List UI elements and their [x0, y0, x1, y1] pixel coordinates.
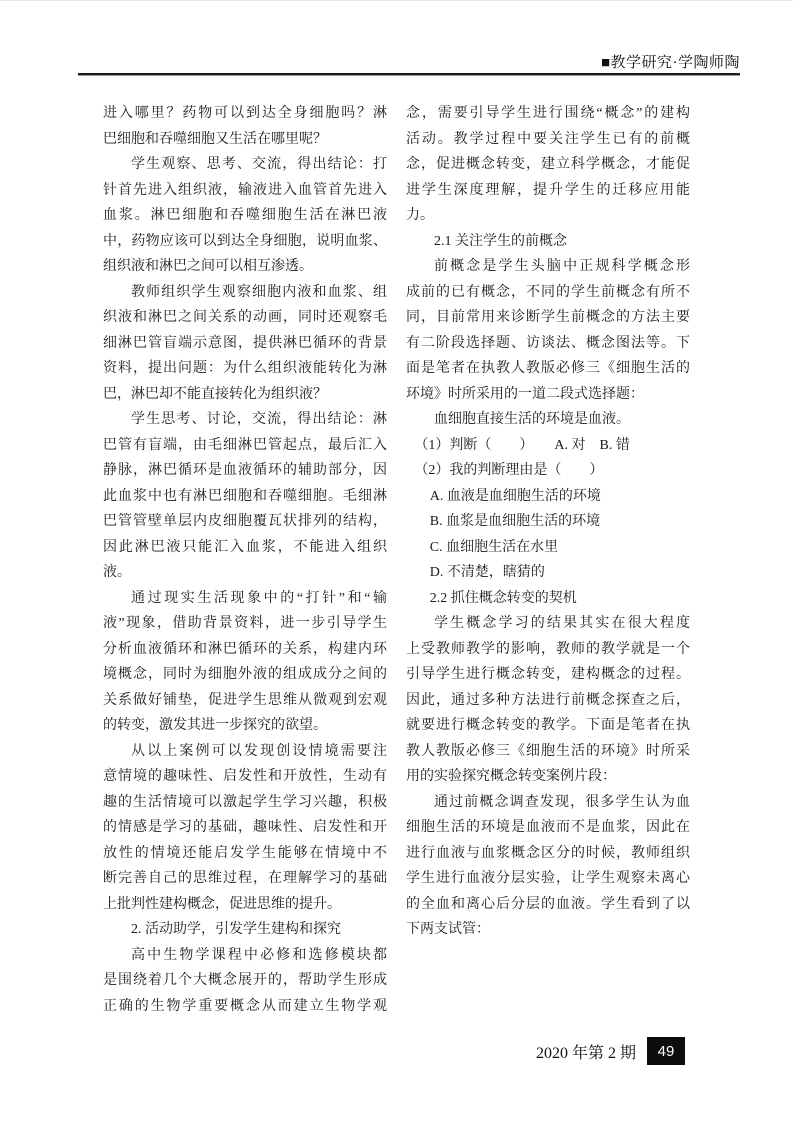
page-footer: 2020 年第 2 期 49 — [536, 1037, 685, 1065]
text-line: 境概念，同时为细胞外液的组成成分之间的 — [103, 662, 387, 688]
right-column: 念，需要引导学生进行围绕“概念”的建构活动。教学过程中要关注学生已有的前概念，促… — [406, 101, 690, 1019]
text-line: C. 血细胞生活在水里 — [406, 535, 690, 561]
text-line: 因此，通过多种方法进行前概念探查之后， — [406, 688, 690, 714]
left-column: 进入哪里？药物可以到达全身细胞吗？淋巴细胞和吞噬细胞又生活在哪里呢？学生观察、思… — [103, 101, 387, 1019]
text-line: B. 血浆是血细胞生活的环境 — [406, 509, 690, 535]
text-line: 2.2 抓住概念转变的契机 — [406, 586, 690, 612]
text-line: D. 不清楚，瞎猜的 — [406, 560, 690, 586]
text-line: 环境》时所采用的一道二段式选择题： — [406, 382, 690, 408]
text-line: 成前的已有概念，不同的学生前概念有所不 — [406, 280, 690, 306]
text-line: 针首先进入组织液，输液进入血管首先进入 — [103, 178, 387, 204]
section-label: ■教学研究·学陶师陶 — [601, 51, 740, 72]
text-line: 资料，提出问题：为什么组织液能转化为淋 — [103, 356, 387, 382]
text-line: 进学生深度理解，提升学生的迁移应用能 — [406, 178, 690, 204]
text-line: 静脉，淋巴循环是血液循环的辅助部分，因 — [103, 458, 387, 484]
text-line: 活动。教学过程中要关注学生已有的前概 — [406, 127, 690, 153]
text-line: 是围绕着几个大概念展开的，帮助学生形成 — [103, 968, 387, 994]
text-line: 下两支试管： — [406, 917, 690, 943]
text-line: 前概念是学生头脑中正规科学概念形 — [406, 254, 690, 280]
article-body: 进入哪里？药物可以到达全身细胞吗？淋巴细胞和吞噬细胞又生活在哪里呢？学生观察、思… — [103, 101, 690, 1019]
text-line: 高中生物学课程中必修和选修模块都 — [103, 943, 387, 969]
text-line: 巴管管壁单层内皮细胞覆瓦状排列的结构， — [103, 509, 387, 535]
text-line: 上批判性建构概念，促进思维的提升。 — [103, 892, 387, 918]
text-line: 上受教师教学的影响，教师的教学就是一个 — [406, 637, 690, 663]
text-line: 念，促进概念转变，建立科学概念，才能促 — [406, 152, 690, 178]
text-line: 学生观察、思考、交流，得出结论：打 — [103, 152, 387, 178]
text-line: 血细胞直接生活的环境是血液。 — [406, 407, 690, 433]
text-line: 织液和淋巴之间关系的动画，同时还观察毛 — [103, 305, 387, 331]
header-rule — [78, 73, 740, 75]
text-line: 就要进行概念转变的教学。下面是笔者在执 — [406, 713, 690, 739]
text-line: 的转变，激发其进一步探究的欲望。 — [103, 713, 387, 739]
text-line: 用的实验探究概念转变案例片段： — [406, 764, 690, 790]
text-line: 液”现象，借助背景资料，进一步引导学生 — [103, 611, 387, 637]
text-line: 趣的生活情境可以激起学生学习兴趣，积极 — [103, 790, 387, 816]
journal-page: ■教学研究·学陶师陶 进入哪里？药物可以到达全身细胞吗？淋巴细胞和吞噬细胞又生活… — [0, 0, 793, 1123]
text-line: 组织液和淋巴之间可以相互渗透。 — [103, 254, 387, 280]
text-line: 学生进行血液分层实验，让学生观察未离心 — [406, 866, 690, 892]
text-line: 放性的情境还能启发学生能够在情境中不 — [103, 841, 387, 867]
text-line: 念，需要引导学生进行围绕“概念”的建构 — [406, 101, 690, 127]
text-line: 细胞生活的环境是血液而不是血浆，因此在 — [406, 815, 690, 841]
text-line: 力。 — [406, 203, 690, 229]
text-line: 从以上案例可以发现创设情境需要注 — [103, 739, 387, 765]
text-line: 进入哪里？药物可以到达全身细胞吗？淋 — [103, 101, 387, 127]
text-line: 2. 活动助学，引发学生建构和探究 — [103, 917, 387, 943]
text-line: 进行血液与血浆概念区分的时候，教师组织 — [406, 841, 690, 867]
text-line: 巴细胞和吞噬细胞又生活在哪里呢？ — [103, 127, 387, 153]
text-line: 意情境的趣味性、启发性和开放性，生动有 — [103, 764, 387, 790]
text-line: 的全血和离心后分层的血液。学生看到了以 — [406, 892, 690, 918]
text-line: 通过现实生活现象中的“打针”和“输 — [103, 586, 387, 612]
text-line: 液。 — [103, 560, 387, 586]
text-line: 学生概念学习的结果其实在很大程度 — [406, 611, 690, 637]
text-line: 面是笔者在执教人教版必修三《细胞生活的 — [406, 356, 690, 382]
text-line: 此血浆中也有淋巴细胞和吞噬细胞。毛细淋 — [103, 484, 387, 510]
text-line: 关系做好铺垫，促进学生思维从微观到宏观 — [103, 688, 387, 714]
page-number-badge: 49 — [647, 1037, 685, 1065]
text-line: 血浆。淋巴细胞和吞噬细胞生活在淋巴液 — [103, 203, 387, 229]
text-line: 教人教版必修三《细胞生活的环境》时所采 — [406, 739, 690, 765]
text-line: 断完善自己的思维过程，在理解学习的基础 — [103, 866, 387, 892]
text-line: 巴管有盲端，由毛细淋巴管起点，最后汇入 — [103, 433, 387, 459]
text-line: 有二阶段选择题、访谈法、概念图法等。下 — [406, 331, 690, 357]
text-line: （2）我的判断理由是（ ） — [406, 458, 690, 484]
text-line: A. 血液是血细胞生活的环境 — [406, 484, 690, 510]
issue-label: 2020 年第 2 期 — [536, 1040, 636, 1063]
text-line: 正确的生物学重要概念从而建立生物学观 — [103, 994, 387, 1020]
text-line: 同，目前常用来诊断学生前概念的方法主要 — [406, 305, 690, 331]
text-line: 分析血液循环和淋巴循环的关系，构建内环 — [103, 637, 387, 663]
text-line: 2.1 关注学生的前概念 — [406, 229, 690, 255]
text-line: 通过前概念调查发现，很多学生认为血 — [406, 790, 690, 816]
text-line: 学生思考、讨论，交流，得出结论：淋 — [103, 407, 387, 433]
text-line: 引导学生进行概念转变，建构概念的过程。 — [406, 662, 690, 688]
text-line: 的情感是学习的基础，趣味性、启发性和开 — [103, 815, 387, 841]
text-line: （1）判断（ ） A. 对 B. 错 — [406, 433, 690, 459]
text-line: 中，药物应该可以到达全身细胞，说明血浆、 — [103, 229, 387, 255]
text-line: 细淋巴管盲端示意图，提供淋巴循环的背景 — [103, 331, 387, 357]
text-line: 巴，淋巴却不能直接转化为组织液？ — [103, 382, 387, 408]
text-line: 因此淋巴液只能汇入血浆，不能进入组织 — [103, 535, 387, 561]
text-line: 教师组织学生观察细胞内液和血浆、组 — [103, 280, 387, 306]
